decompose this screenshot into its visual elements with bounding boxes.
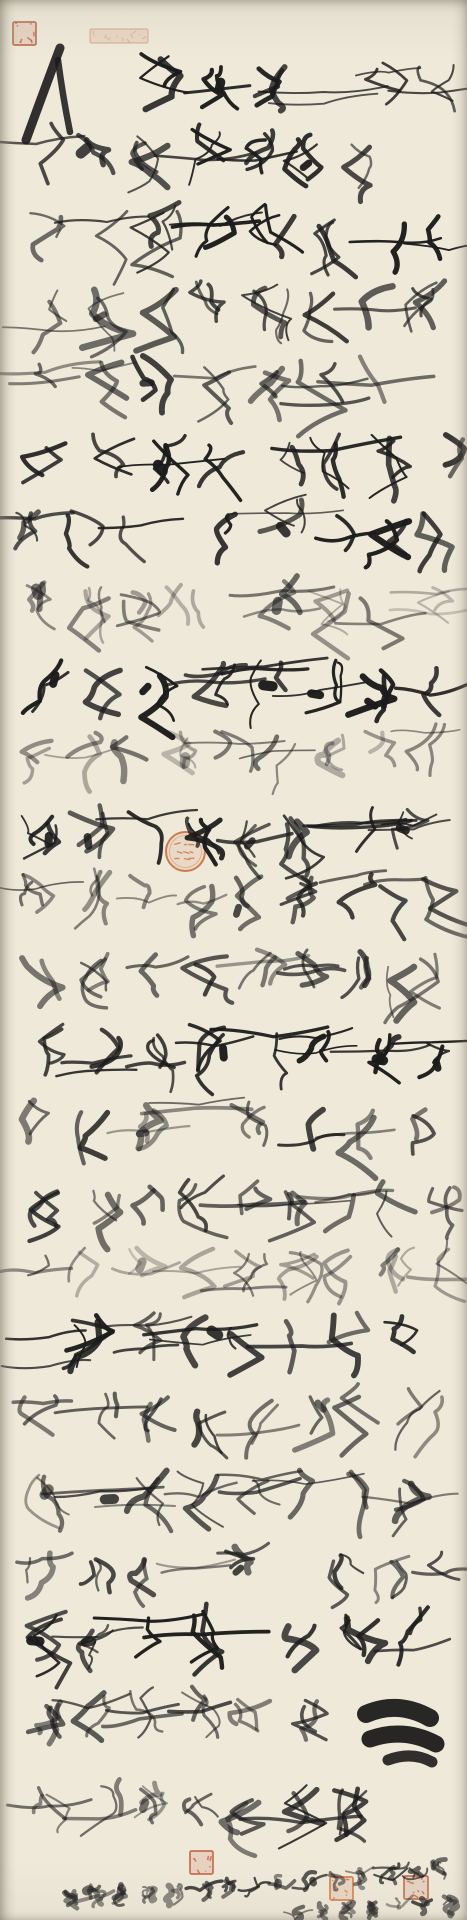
calligraphy-row: [22, 1098, 434, 1179]
calligraphy-row: [22, 950, 439, 1023]
calligraphy-row: [0, 869, 467, 940]
calligraphy-row: [0, 356, 434, 436]
calligraphy-row: [0, 495, 452, 571]
calligraphy-row: [140, 54, 467, 111]
calligraphy-row: [29, 1176, 462, 1249]
calligraphy-artwork-canvas: [0, 0, 467, 1920]
calligraphy-row: [23, 658, 467, 737]
calligraphy-row: [22, 724, 460, 794]
signature-line: [64, 1860, 446, 1909]
calligraphy-row: [17, 1543, 467, 1607]
seal-top-center: [90, 29, 148, 43]
seal-top-left: [13, 22, 36, 45]
seal-bottom-left: [190, 1851, 213, 1874]
calligraphy-row: [28, 1687, 327, 1744]
calligraphy-row: [8, 1779, 367, 1855]
calligraphy-row: [39, 1024, 467, 1094]
calligraphy-row: [3, 281, 445, 357]
calligraphy-row: [27, 1604, 450, 1688]
calligraphy-row: [0, 124, 371, 202]
calligraphy-row: [13, 1384, 442, 1458]
calligraphy-row: [30, 203, 467, 285]
calligraphy-scroll-photo: [0, 0, 467, 1920]
calligraphy-row: [22, 434, 464, 501]
calligraphy-row: [2, 1313, 417, 1376]
signature-line: [284, 1896, 457, 1920]
calligraphy-row: [27, 576, 467, 658]
calligraphy-row: [0, 1240, 467, 1303]
calligraphy-row: [26, 1470, 458, 1537]
